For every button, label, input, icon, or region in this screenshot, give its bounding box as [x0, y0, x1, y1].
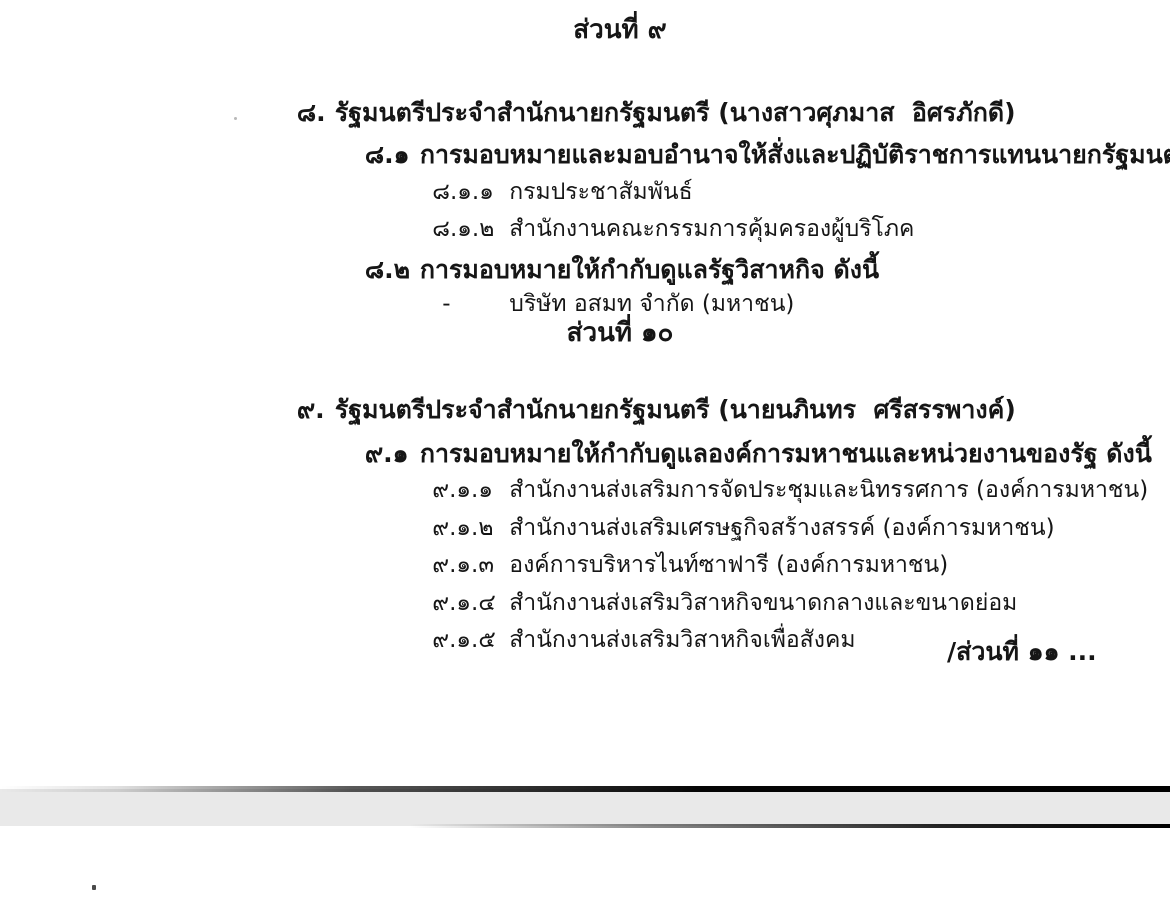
item-8-2-dash-text: บริษัท อสมท จำกัด (มหาชน) [509, 291, 794, 317]
scan-artifact-bottom-line [0, 824, 1170, 828]
section-9-header: ส่วนที่ ๙ [50, 16, 1170, 46]
scan-artifact-top-line [0, 786, 1170, 792]
page-continuation-note: /ส่วนที่ ๑๑ ... [947, 638, 1097, 667]
scan-artifact-band [0, 789, 1170, 826]
scan-speck [92, 885, 96, 890]
item-9-1-5-text: สำนักงานส่งเสริมวิสาหกิจเพื่อสังคม [509, 627, 855, 653]
item-8-2-number: ๘.๒ [365, 256, 420, 285]
item-9-1-5-number: ๙.๑.๕ [432, 627, 509, 653]
item-9-1-5-row: ๙.๑.๕สำนักงานส่งเสริมวิสาหกิจเพื่อสังคม [403, 601, 856, 680]
scan-speck [234, 117, 237, 120]
section-10-header: ส่วนที่ ๑๐ [50, 319, 1170, 349]
dash-bullet: - [442, 291, 509, 317]
scanned-document-page: ส่วนที่ ๙ ๘.รัฐมนตรีประจำสำนักนายกรัฐมนต… [0, 0, 1170, 904]
